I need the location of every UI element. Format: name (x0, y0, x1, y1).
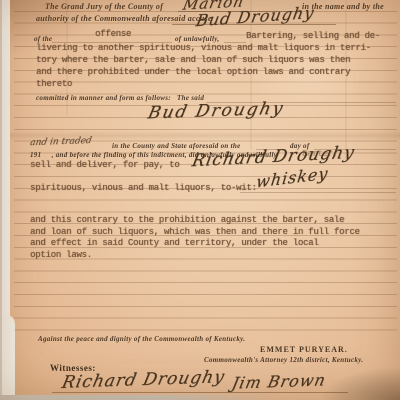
witness1-signature-handwritten: Richard Droughy (60, 369, 226, 392)
attorney-title-text: Commonwealth's Attorney 12th district, K… (204, 357, 363, 364)
fill-line (240, 192, 396, 193)
scanned-indictment-document: The Grand Jury of the County of Marion i… (0, 0, 400, 400)
fill-line (172, 24, 336, 25)
charge-typed-line5: thereto (36, 80, 72, 89)
contrary-typed-line4: option laws. (30, 251, 92, 260)
charge-typed-line1: Bartering, selling and de- (246, 32, 380, 41)
accused-name-handwritten-2: Bud Droughy (146, 101, 286, 123)
contrary-typed-line2: and loan of such liquors, which was then… (30, 228, 360, 237)
of-unlawfully-text: of unlawfully, (175, 36, 219, 43)
attorney-name-text: EMMET PURYEAR. (260, 346, 348, 354)
committed-clause-text: committed in manner and form as follows:… (36, 95, 204, 102)
towit-typed-text: spirituous, vinous and malt liquors, to-… (30, 184, 257, 193)
contrary-typed-line1: and this contrary to the prohibition aga… (30, 216, 344, 225)
scan-edge-bottom-gray (0, 395, 400, 400)
scan-edge-left-lower-white (2, 315, 15, 400)
sell-deliver-typed-text: sell and deliver, for pay, to (30, 161, 179, 170)
scan-corner-shading-topleft (0, 0, 110, 60)
signature-line (52, 392, 348, 393)
witness2-signature-handwritten: Jim Brown (230, 372, 327, 391)
against-peace-text: Against the peace and dignity of the Com… (38, 336, 245, 343)
contrary-typed-line3: and effect in said County and territory,… (30, 239, 318, 248)
charge-typed-line4: and there prohibited under the local opt… (36, 68, 350, 77)
